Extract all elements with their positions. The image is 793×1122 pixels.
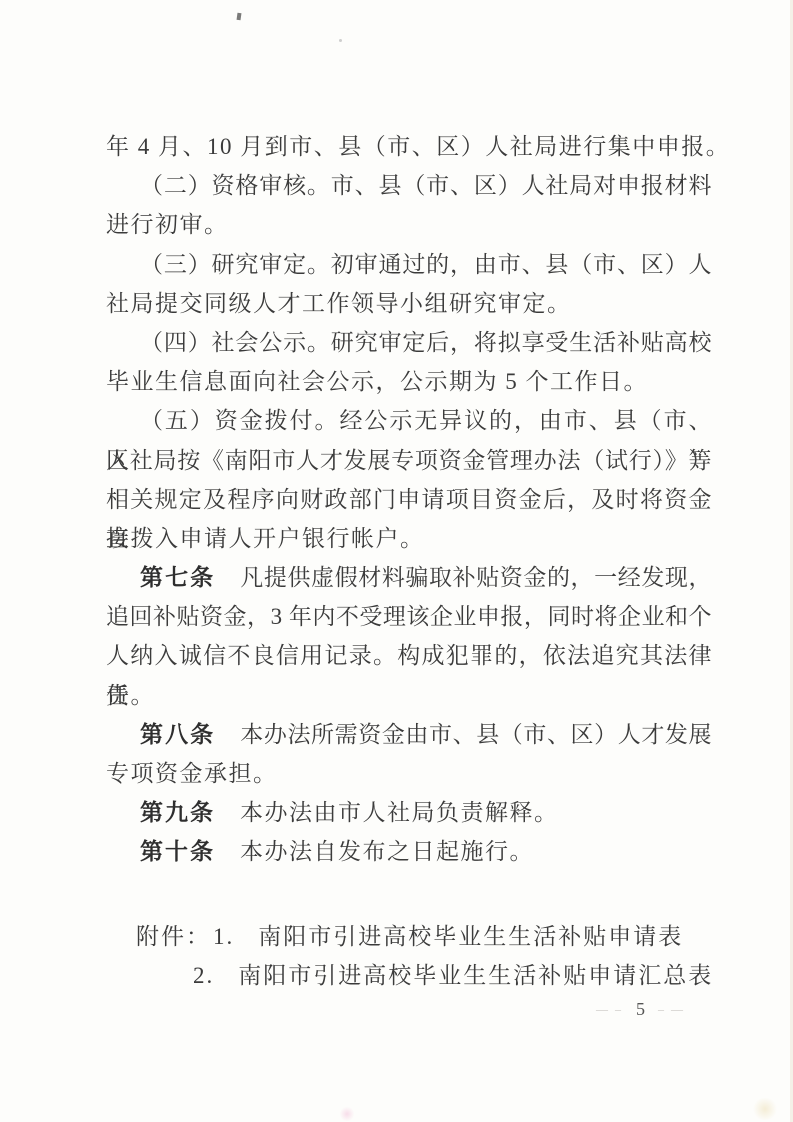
page-footer: — – 5 – — xyxy=(596,999,685,1020)
document-line: （四）社会公示。研究审定后，将拟享受生活补贴高校 xyxy=(106,323,712,362)
document-line-article-10: 第十条本办法自发布之日起施行。 xyxy=(106,832,712,871)
attachment-number: 1. xyxy=(213,924,234,949)
scan-smudge xyxy=(340,1106,354,1122)
footer-dash-left: — – xyxy=(596,1002,623,1017)
attachments-list: 附件：1.南阳市引进高校毕业生生活补贴申请表 2.南阳市引进高校毕业生生活补贴申… xyxy=(106,917,712,996)
scanned-document-page: 年 4 月、10 月到市、县（市、区）人社局进行集中申报。 （二）资格审核。市、… xyxy=(0,0,793,1122)
scan-speck xyxy=(339,39,342,42)
document-line-article-8: 第八条本办法所需资金由市、县（市、区）人才发展 xyxy=(106,715,712,754)
footer-dash-right: – — xyxy=(658,1002,685,1017)
document-line: 追回补贴资金，3 年内不受理该企业申报，同时将企业和个 xyxy=(106,597,712,636)
article-number: 第十条 xyxy=(140,839,215,864)
document-body: 年 4 月、10 月到市、县（市、区）人社局进行集中申报。 （二）资格审核。市、… xyxy=(106,127,712,996)
document-line: 人纳入诚信不良信用记录。构成犯罪的，依法追究其法律责 xyxy=(106,636,712,675)
document-line: 社局提交同级人才工作领导小组研究审定。 xyxy=(106,284,712,323)
document-line: 任。 xyxy=(106,676,712,715)
document-line-article-9: 第九条本办法由市人社局负责解释。 xyxy=(106,793,712,832)
document-line: 人社局按《南阳市人才发展专项资金管理办法（试行）》等 xyxy=(106,441,712,480)
document-line: （三）研究审定。初审通过的，由市、县（市、区）人 xyxy=(106,245,712,284)
document-line-article-7: 第七条凡提供虚假材料骗取补贴资金的，一经发现， xyxy=(106,558,712,597)
attachment-title: 南阳市引进高校毕业生生活补贴申请汇总表 xyxy=(238,963,713,988)
attachment-item: 附件：1.南阳市引进高校毕业生生活补贴申请表 xyxy=(136,917,712,957)
document-line: 毕业生信息面向社会公示，公示期为 5 个工作日。 xyxy=(106,362,712,401)
document-line: 专项资金承担。 xyxy=(106,754,712,793)
document-line: 接拨入申请人开户银行帐户。 xyxy=(106,519,712,558)
attachment-item: 2.南阳市引进高校毕业生生活补贴申请汇总表 xyxy=(193,956,712,996)
article-number: 第九条 xyxy=(140,800,215,825)
document-line: 相关规定及程序向财政部门申请项目资金后，及时将资金直 xyxy=(106,480,712,519)
attachment-title: 南阳市引进高校毕业生生活补贴申请表 xyxy=(258,924,683,949)
scan-speck xyxy=(237,13,242,20)
scan-smudge xyxy=(752,1098,778,1120)
document-line: （二）资格审核。市、县（市、区）人社局对申报材料 xyxy=(106,166,712,205)
article-number: 第八条 xyxy=(140,722,215,747)
document-line: 进行初审。 xyxy=(106,205,712,244)
page-number: 5 xyxy=(636,999,645,1020)
document-line: 年 4 月、10 月到市、县（市、区）人社局进行集中申报。 xyxy=(106,127,712,166)
attachments-label: 附件： xyxy=(136,924,211,949)
article-number: 第七条 xyxy=(140,565,215,590)
document-line: （五）资金拨付。经公示无异议的，由市、县（市、区） xyxy=(106,401,712,440)
attachment-number: 2. xyxy=(193,963,214,988)
